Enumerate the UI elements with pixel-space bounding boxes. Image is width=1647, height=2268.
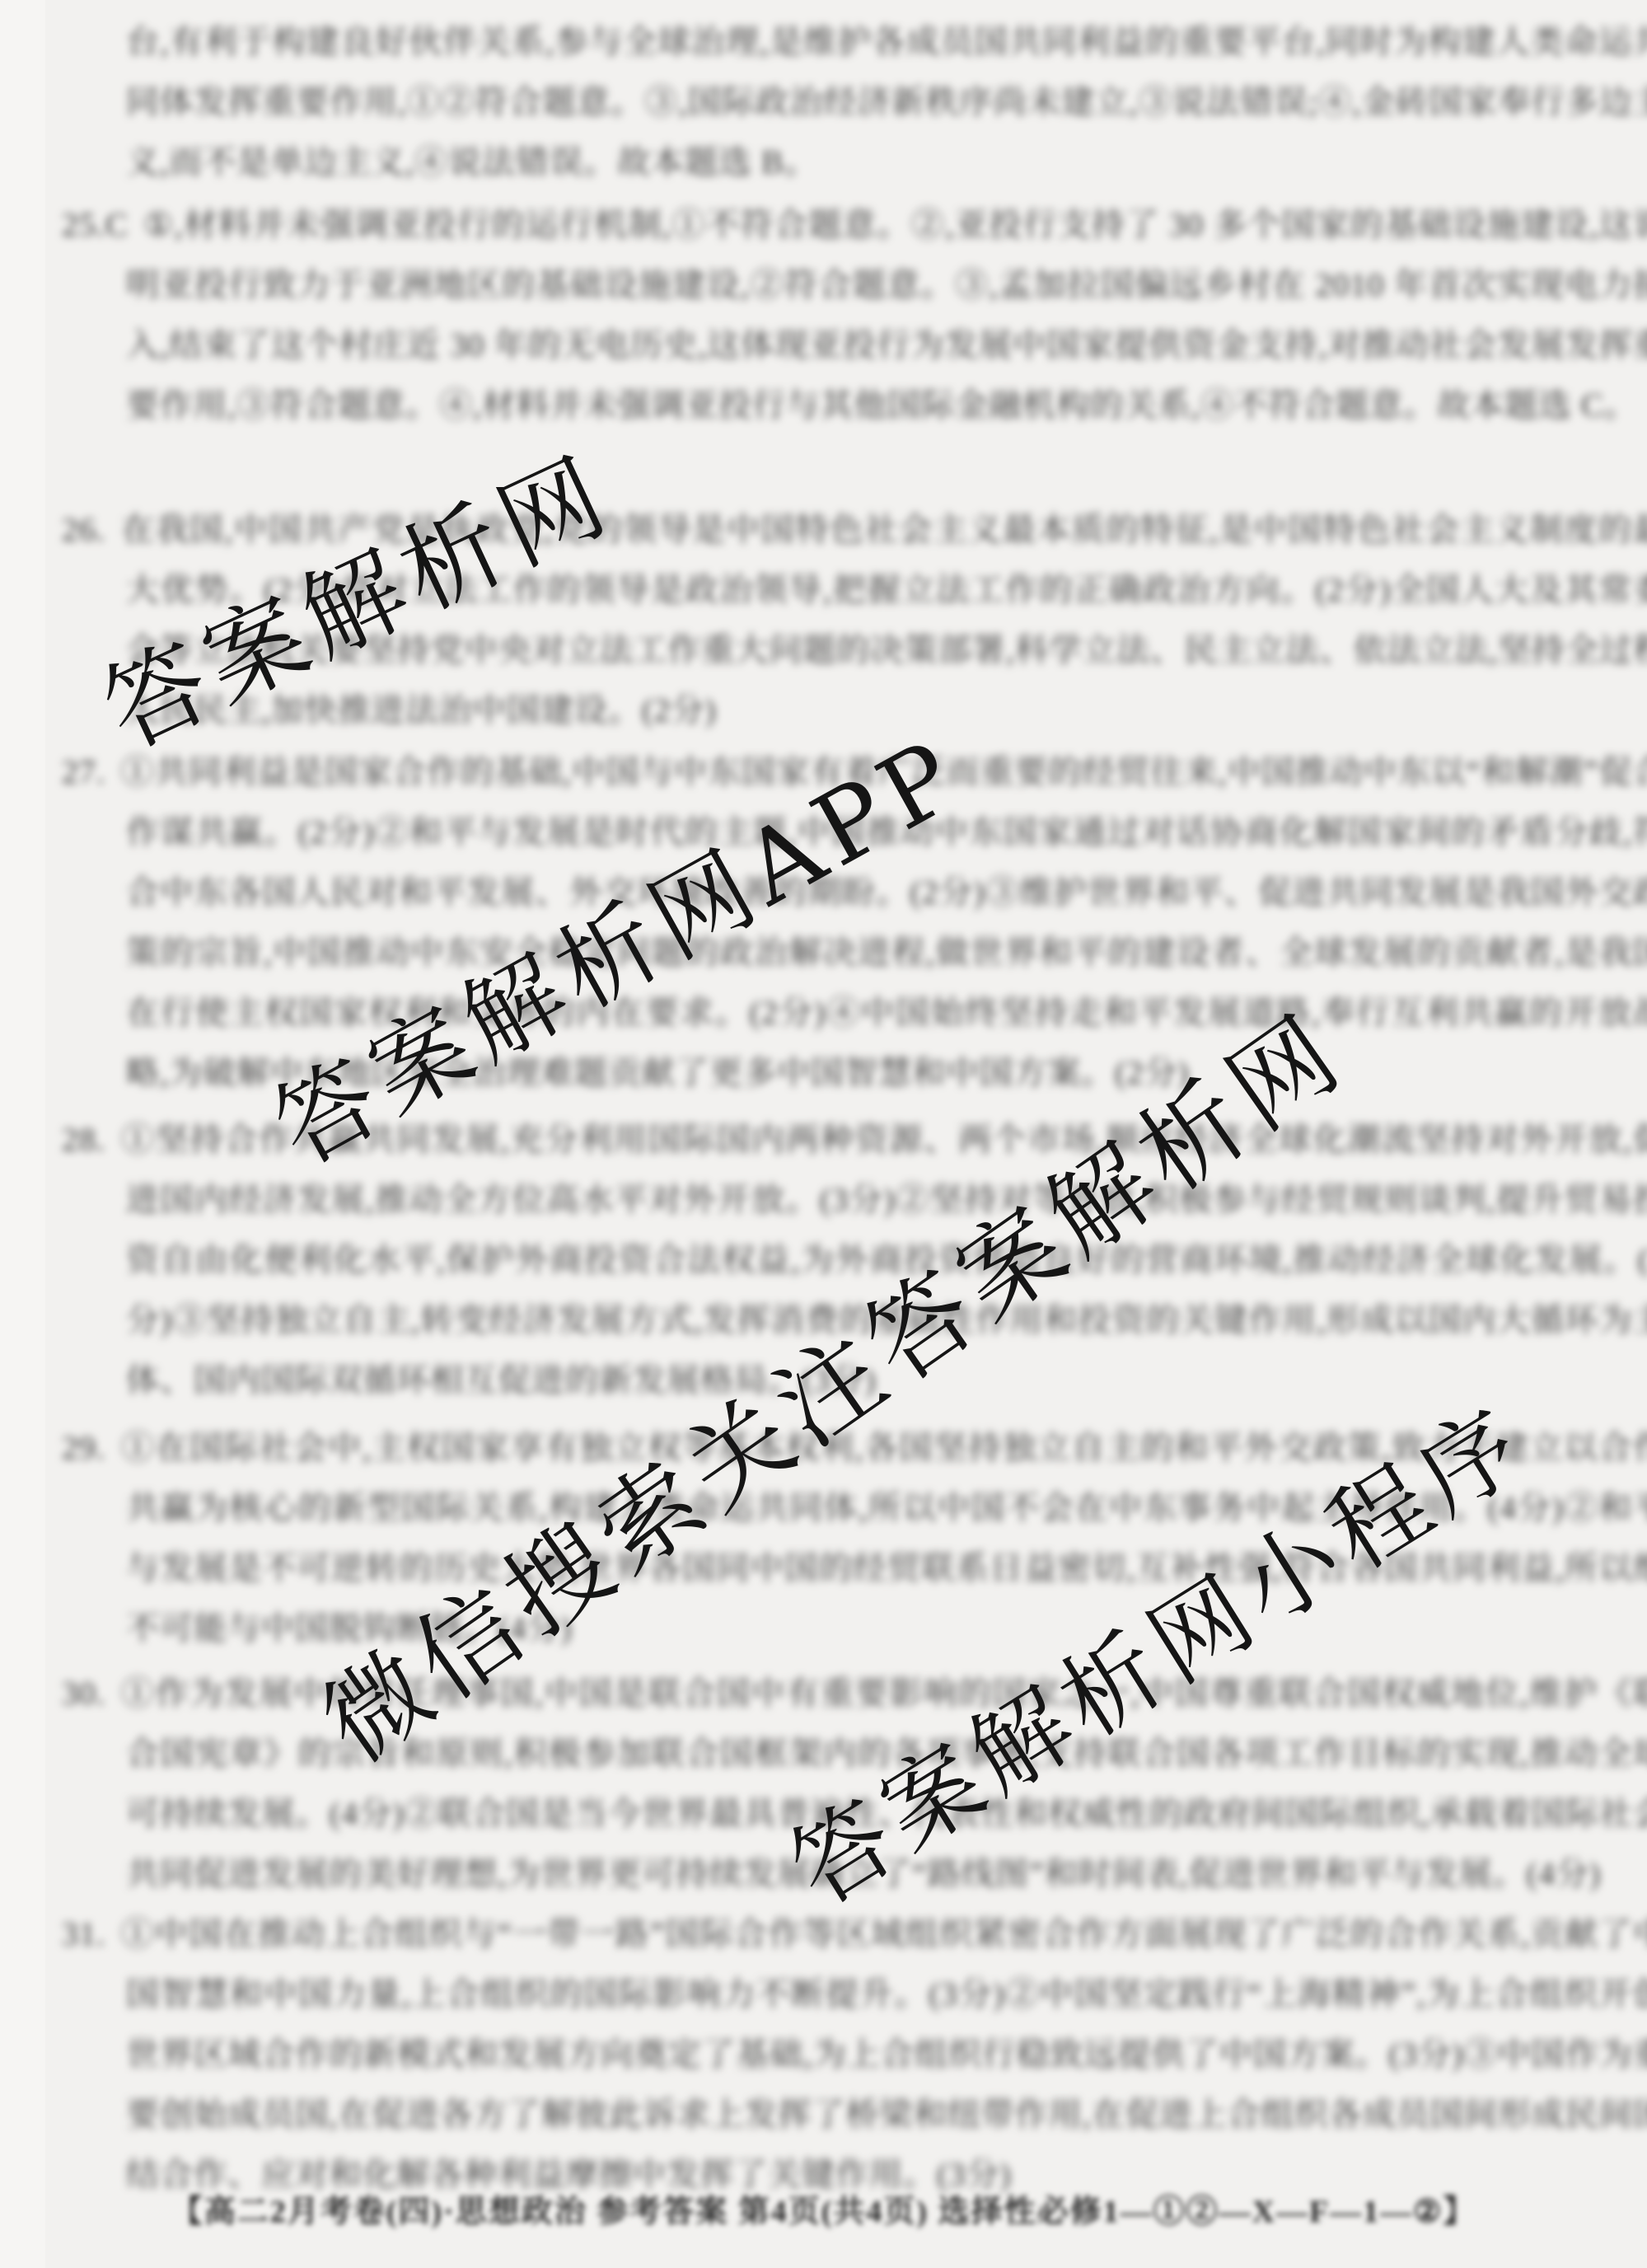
answer-item-30: 30.①作为发展中的常任理事国,中国是联合国中有重要影响的国家之一,中国尊重联合… [62, 1663, 1647, 1904]
answer-text: ①共同利益是国家合作的基础,中国与中东国家有着广泛而重要的经贸往来,中国推动中东… [120, 753, 1647, 1091]
item-number: 31. [62, 1915, 105, 1952]
answer-item-25: 25.C①,材料并未强调亚投行的运行机制,①不符合题意。②,亚投行支持了 30 … [62, 194, 1647, 435]
page-footer: 【高二2月考卷(四)·思想政治 参考答案 第4页(共4页) 选择性必修1—①②—… [0, 2186, 1647, 2231]
answer-item-27: 27.①共同利益是国家合作的基础,中国与中东国家有着广泛而重要的经贸往来,中国推… [62, 742, 1647, 1103]
answer-text: 在我国,中国共产党是执政党,党的领导是中国特色社会主义最本质的特征,是中国特色社… [120, 511, 1647, 729]
answer-text: ①,材料并未强调亚投行的运行机制,①不符合题意。②,亚投行支持了 30 多个国家… [126, 206, 1647, 424]
answer-text: ①在国际社会中,主权国家享有独立权等基本权利,各国坚持独立自主的和平外交政策,致… [120, 1429, 1647, 1647]
item-number: 29. [62, 1429, 105, 1466]
answer-text: ①坚持合作共赢共同发展,充分利用国际国内两种资源、两个市场,顺应经济全球化潮流坚… [120, 1121, 1647, 1399]
item-number: 30. [62, 1675, 105, 1712]
item-number: 27. [62, 753, 105, 790]
item-number: 28. [62, 1121, 105, 1158]
answer-item-24-continuation: 台,有利于构建良好伙伴关系,参与全球治理,是维护各成员国共同利益的重要平台,同时… [62, 12, 1647, 192]
answer-item-29: 29.①在国际社会中,主权国家享有独立权等基本权利,各国坚持独立自主的和平外交政… [62, 1417, 1647, 1658]
answer-text: ①中国在推动上合组织与“一带一路”国际合作等区域组织紧密合作方面展现了广泛的合作… [120, 1915, 1647, 2193]
answer-item-28: 28.①坚持合作共赢共同发展,充分利用国际国内两种资源、两个市场,顺应经济全球化… [62, 1109, 1647, 1410]
answer-text: ①作为发展中的常任理事国,中国是联合国中有重要影响的国家之一,中国尊重联合国权威… [120, 1675, 1647, 1892]
scanned-answer-page: 台,有利于构建良好伙伴关系,参与全球治理,是维护各成员国共同利益的重要平台,同时… [0, 0, 1647, 2268]
item-number: 25.C [62, 206, 129, 243]
answer-item-31: 31.①中国在推动上合组织与“一带一路”国际合作等区域组织紧密合作方面展现了广泛… [62, 1904, 1647, 2205]
answer-item-26: 26.在我国,中国共产党是执政党,党的领导是中国特色社会主义最本质的特征,是中国… [62, 499, 1647, 740]
answer-text: 台,有利于构建良好伙伴关系,参与全球治理,是维护各成员国共同利益的重要平台,同时… [126, 23, 1647, 180]
item-number: 26. [62, 511, 105, 548]
